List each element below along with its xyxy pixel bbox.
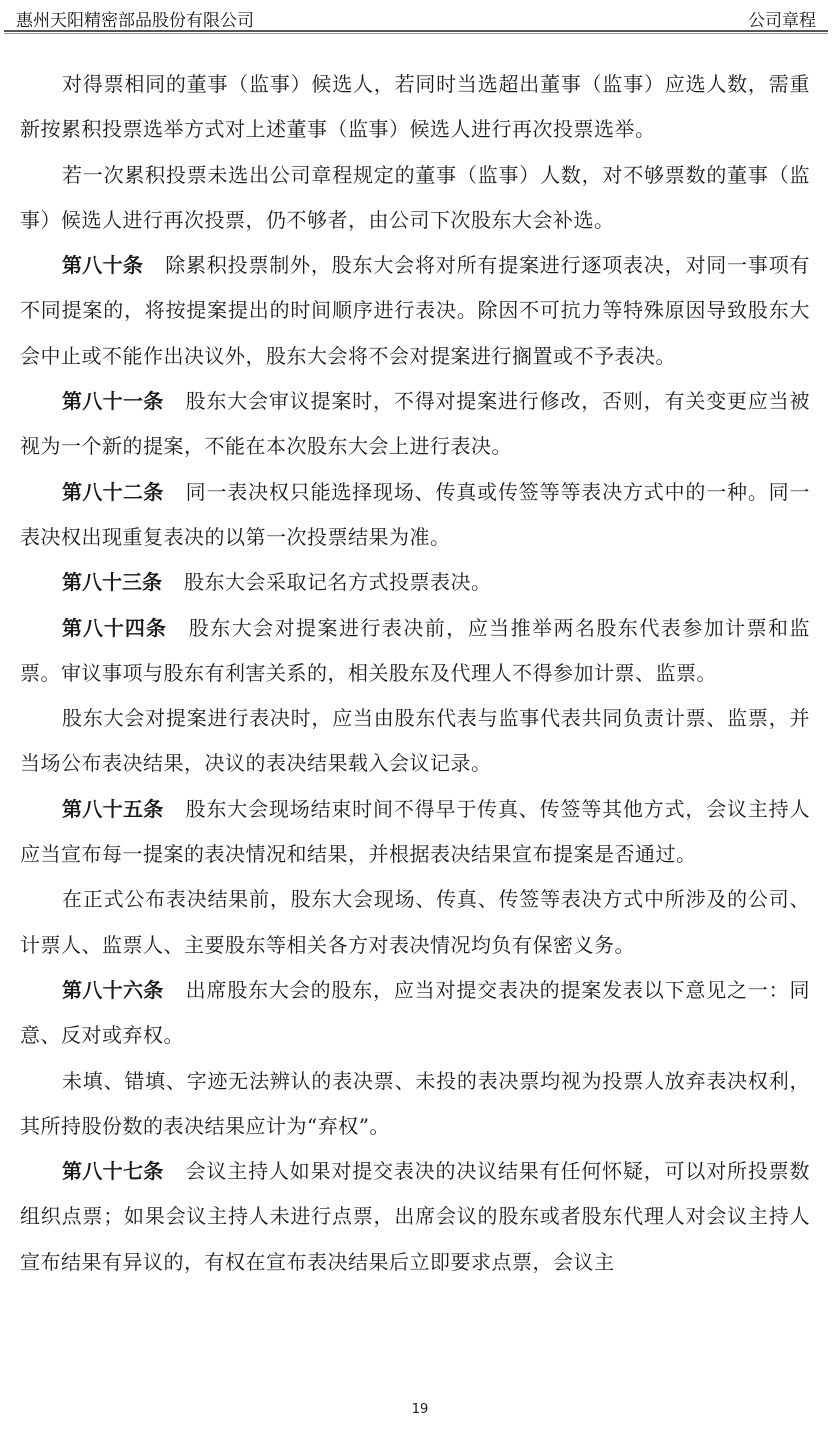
page-header: 惠州天阳精密部品股份有限公司 公司章程 <box>16 0 826 32</box>
article-86: 第八十六条出席股东大会的股东，应当对提交表决的提案发表以下意见之一：同意、反对或… <box>20 968 810 1059</box>
article-number: 第八十一条 <box>62 389 164 413</box>
article-number: 第八十三条 <box>62 570 162 594</box>
article-number: 第八十条 <box>62 253 143 277</box>
article-number: 第八十五条 <box>62 797 164 821</box>
header-divider <box>4 30 828 34</box>
article-85: 第八十五条股东大会现场结束时间不得早于传真、传签等其他方式，会议主持人应当宣布每… <box>20 787 810 878</box>
article-number: 第八十六条 <box>62 978 164 1002</box>
paragraph: 在正式公布表决结果前，股东大会现场、传真、传签等表决方式中所涉及的公司、计票人、… <box>20 877 810 968</box>
page-number: 19 <box>0 1402 840 1417</box>
paragraph: 股东大会对提案进行表决时，应当由股东代表与监事代表共同负责计票、监票，并当场公布… <box>20 696 810 787</box>
article-81: 第八十一条股东大会审议提案时，不得对提案进行修改，否则，有关变更应当被视为一个新… <box>20 379 810 470</box>
article-number: 第八十二条 <box>62 480 164 504</box>
paragraph: 若一次累积投票未选出公司章程规定的董事（监事）人数，对不够票数的董事（监事）候选… <box>20 153 810 244</box>
paragraph: 未填、错填、字迹无法辨认的表决票、未投的表决票均视为投票人放弃表决权利，其所持股… <box>20 1059 810 1150</box>
article-number: 第八十四条 <box>62 616 167 640</box>
article-80: 第八十条除累积投票制外，股东大会将对所有提案进行逐项表决，对同一事项有不同提案的… <box>20 243 810 379</box>
article-84: 第八十四条股东大会对提案进行表决前，应当推举两名股东代表参加计票和监票。审议事项… <box>20 606 810 697</box>
article-87: 第八十七条会议主持人如果对提交表决的决议结果有任何怀疑，可以对所投票数组织点票；… <box>20 1149 810 1285</box>
article-82: 第八十二条同一表决权只能选择现场、传真或传签等等表决方式中的一种。同一表决权出现… <box>20 470 810 561</box>
article-number: 第八十七条 <box>62 1159 164 1183</box>
article-83: 第八十三条股东大会采取记名方式投票表决。 <box>20 560 810 605</box>
document-title: 公司章程 <box>748 6 816 31</box>
paragraph: 对得票相同的董事（监事）候选人，若同时当选超出董事（监事）应选人数，需重新按累积… <box>20 62 810 153</box>
document-body: 对得票相同的董事（监事）候选人，若同时当选超出董事（监事）应选人数，需重新按累积… <box>20 62 810 1285</box>
company-name: 惠州天阳精密部品股份有限公司 <box>16 6 254 31</box>
